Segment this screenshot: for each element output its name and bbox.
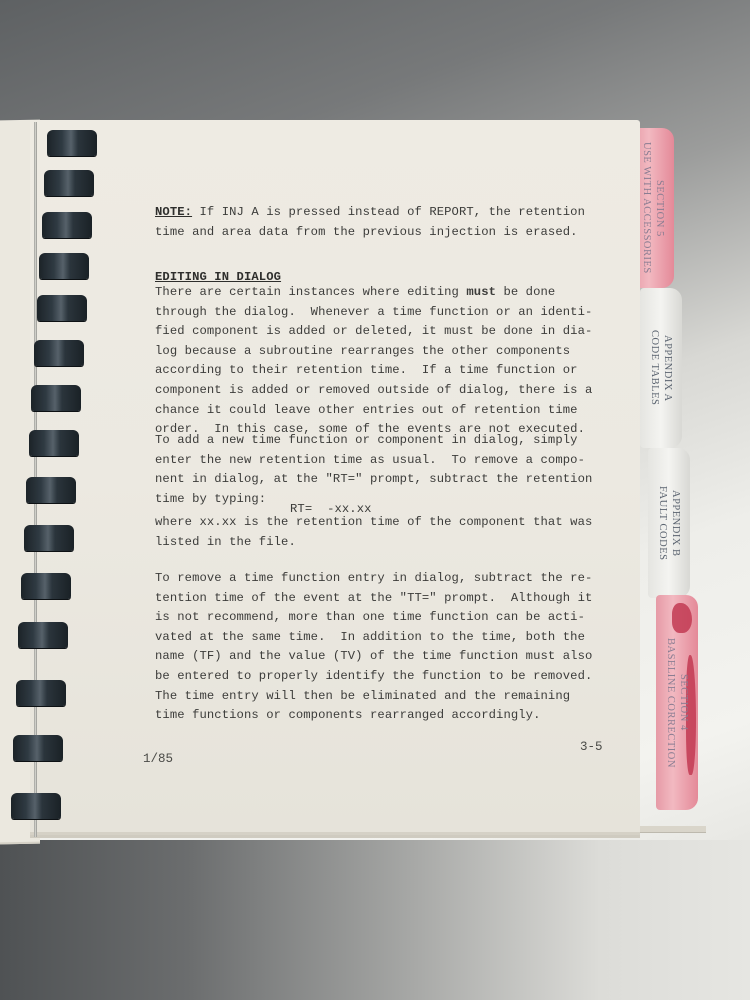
binding-ring	[42, 212, 92, 238]
text-line: according to their retention time. If a …	[155, 363, 578, 377]
tab-line: SECTION 5	[653, 142, 666, 274]
binding-ring	[11, 793, 61, 819]
tab-section-4[interactable]: SECTION 4 BASELINE CORRECTION	[656, 595, 698, 810]
tab-appendix-b-label: APPENDIX B FAULT CODES	[656, 486, 682, 560]
text-line: fied component is added or deleted, it m…	[155, 324, 592, 338]
binding-ring	[39, 253, 89, 279]
text-line: enter the new retention time as usual. T…	[155, 453, 585, 467]
text-line: tention time of the event at the "TT=" p…	[155, 591, 592, 605]
binding-ring	[16, 680, 66, 706]
tab-line: FAULT CODES	[656, 486, 669, 560]
text-line: where xx.xx is the retention time of the…	[155, 515, 592, 529]
text-line: through the dialog. Whenever a time func…	[155, 305, 592, 319]
binding-ring	[24, 525, 74, 551]
tab-appendix-a[interactable]: APPENDIX A CODE TABLES	[640, 288, 682, 448]
footer-date: 1/85	[143, 752, 173, 766]
tab-appendix-a-label: APPENDIX A CODE TABLES	[648, 330, 674, 405]
note-label: NOTE:	[155, 205, 192, 219]
paragraph-2: To add a new time function or component …	[155, 431, 592, 509]
text-line: To add a new time function or component …	[155, 433, 578, 447]
paragraph-1: There are certain instances where editin…	[155, 283, 592, 440]
note-text-line2: time and area data from the previous inj…	[155, 225, 578, 239]
binding-ring	[47, 130, 97, 156]
binding-ring	[37, 295, 87, 321]
text-line: log because a subroutine rearranges the …	[155, 344, 570, 358]
text-line: listed in the file.	[155, 535, 296, 549]
text-line: name (TF) and the value (TV) of the time…	[155, 649, 592, 663]
text-line: time functions or components rearranged …	[155, 708, 541, 722]
tab-section-4-label: SECTION 4 BASELINE CORRECTION	[664, 638, 690, 768]
text-line: be entered to properly identify the func…	[155, 669, 592, 683]
note-block: NOTE: If INJ A is pressed instead of REP…	[155, 203, 585, 242]
note-text: If INJ A is pressed instead of REPORT, t…	[192, 205, 585, 219]
paragraph-3: To remove a time function entry in dialo…	[155, 569, 592, 726]
text-line: To remove a time function entry in dialo…	[155, 571, 592, 585]
tab-line: USE WITH ACCESSORIES	[640, 142, 653, 274]
tab-section-5-label: SECTION 5 USE WITH ACCESSORIES	[640, 142, 666, 274]
tab-line: BASELINE CORRECTION	[664, 638, 677, 768]
table-surface	[0, 840, 750, 1000]
text-line: The time entry will then be eliminated a…	[155, 689, 570, 703]
paragraph-2-continued: where xx.xx is the retention time of the…	[155, 513, 592, 552]
binding-ring	[13, 735, 63, 761]
binding-ring	[26, 477, 76, 503]
text-line: is not recommend, more than one time fun…	[155, 610, 585, 624]
binding-ring	[18, 622, 68, 648]
tab-appendix-b[interactable]: APPENDIX B FAULT CODES	[648, 448, 690, 598]
text-line: nent in dialog, at the "RT=" prompt, sub…	[155, 472, 592, 486]
text-line: There are certain instances where editin…	[155, 285, 555, 299]
binding-ring	[21, 573, 71, 599]
binding-ring	[29, 430, 79, 456]
tab-line: CODE TABLES	[648, 330, 661, 405]
stain	[672, 603, 692, 633]
tab-line: APPENDIX B	[669, 486, 682, 560]
footer-page-number: 3-5	[580, 740, 603, 754]
binding-ring	[44, 170, 94, 196]
text-line: vated at the same time. In addition to t…	[155, 630, 585, 644]
tab-line: APPENDIX A	[661, 330, 674, 405]
binding-ring	[31, 385, 81, 411]
binding-ring	[34, 340, 84, 366]
text-line: chance it could leave other entries out …	[155, 403, 578, 417]
text-line: component is added or removed outside of…	[155, 383, 592, 397]
tab-line: SECTION 4	[677, 638, 690, 768]
